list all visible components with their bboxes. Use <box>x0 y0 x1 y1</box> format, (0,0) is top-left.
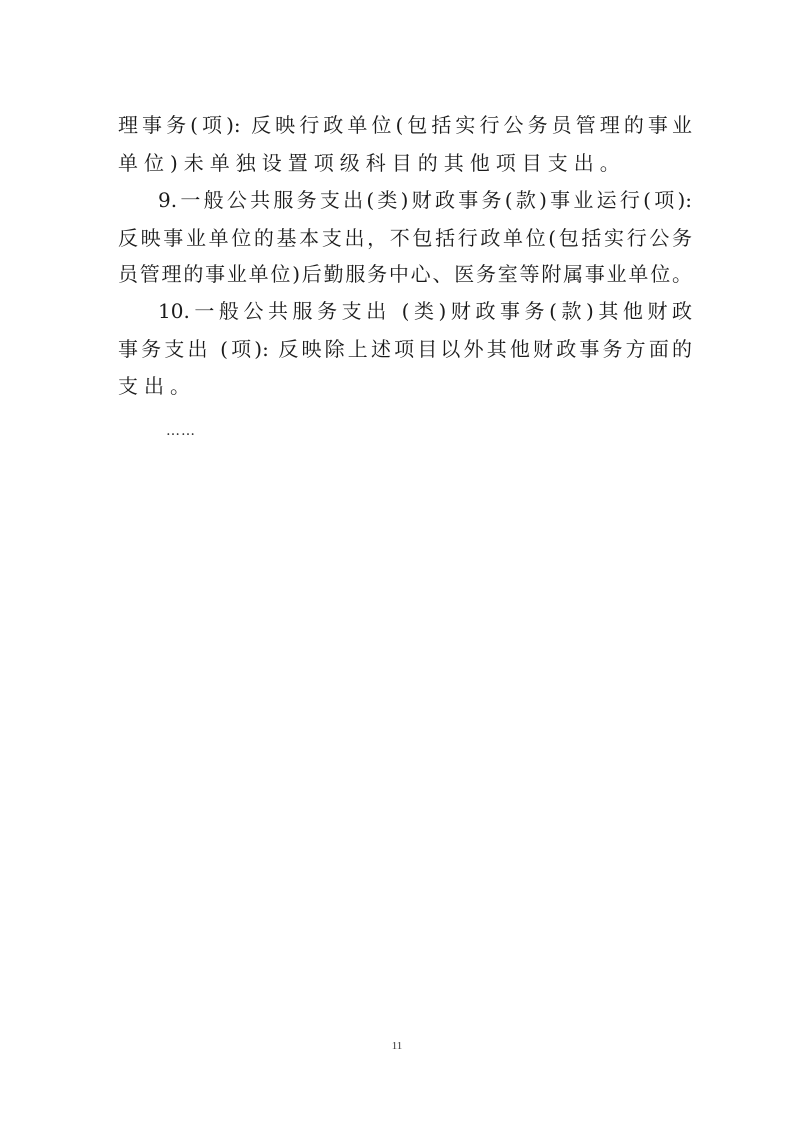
document-page: 理事务(项): 反映行政单位(包括实行公务员管理的事业 单位)未单独设置项级科目… <box>0 0 794 1122</box>
continuation-ellipsis: …… <box>166 421 196 441</box>
paragraph-9-line-3: 员管理的事业单位)后勤服务中心、医务室等附属事业单位。 <box>118 262 692 286</box>
paragraph-8-line-3: 单位)未单独设置项级科目的其他项目支出。 <box>118 151 692 175</box>
page-number: 11 <box>0 1040 794 1052</box>
paragraph-9-line-1: 9.一般公共服务支出(类)财政事务(款)事业运行(项): <box>158 188 692 212</box>
paragraph-9-line-2: 反映事业单位的基本支出，不包括行政单位(包括实行公务 <box>118 226 692 250</box>
paragraph-10-line-1: 10.一般公共服务支出 (类)财政事务(款)其他财政 <box>158 299 692 323</box>
paragraph-10-line-2: 事务支出 (项): 反映除上述项目以外其他财政事务方面的 <box>118 337 692 361</box>
paragraph-8-line-2: 理事务(项): 反映行政单位(包括实行公务员管理的事业 <box>118 113 692 137</box>
paragraph-10-line-3: 支出。 <box>118 374 692 398</box>
